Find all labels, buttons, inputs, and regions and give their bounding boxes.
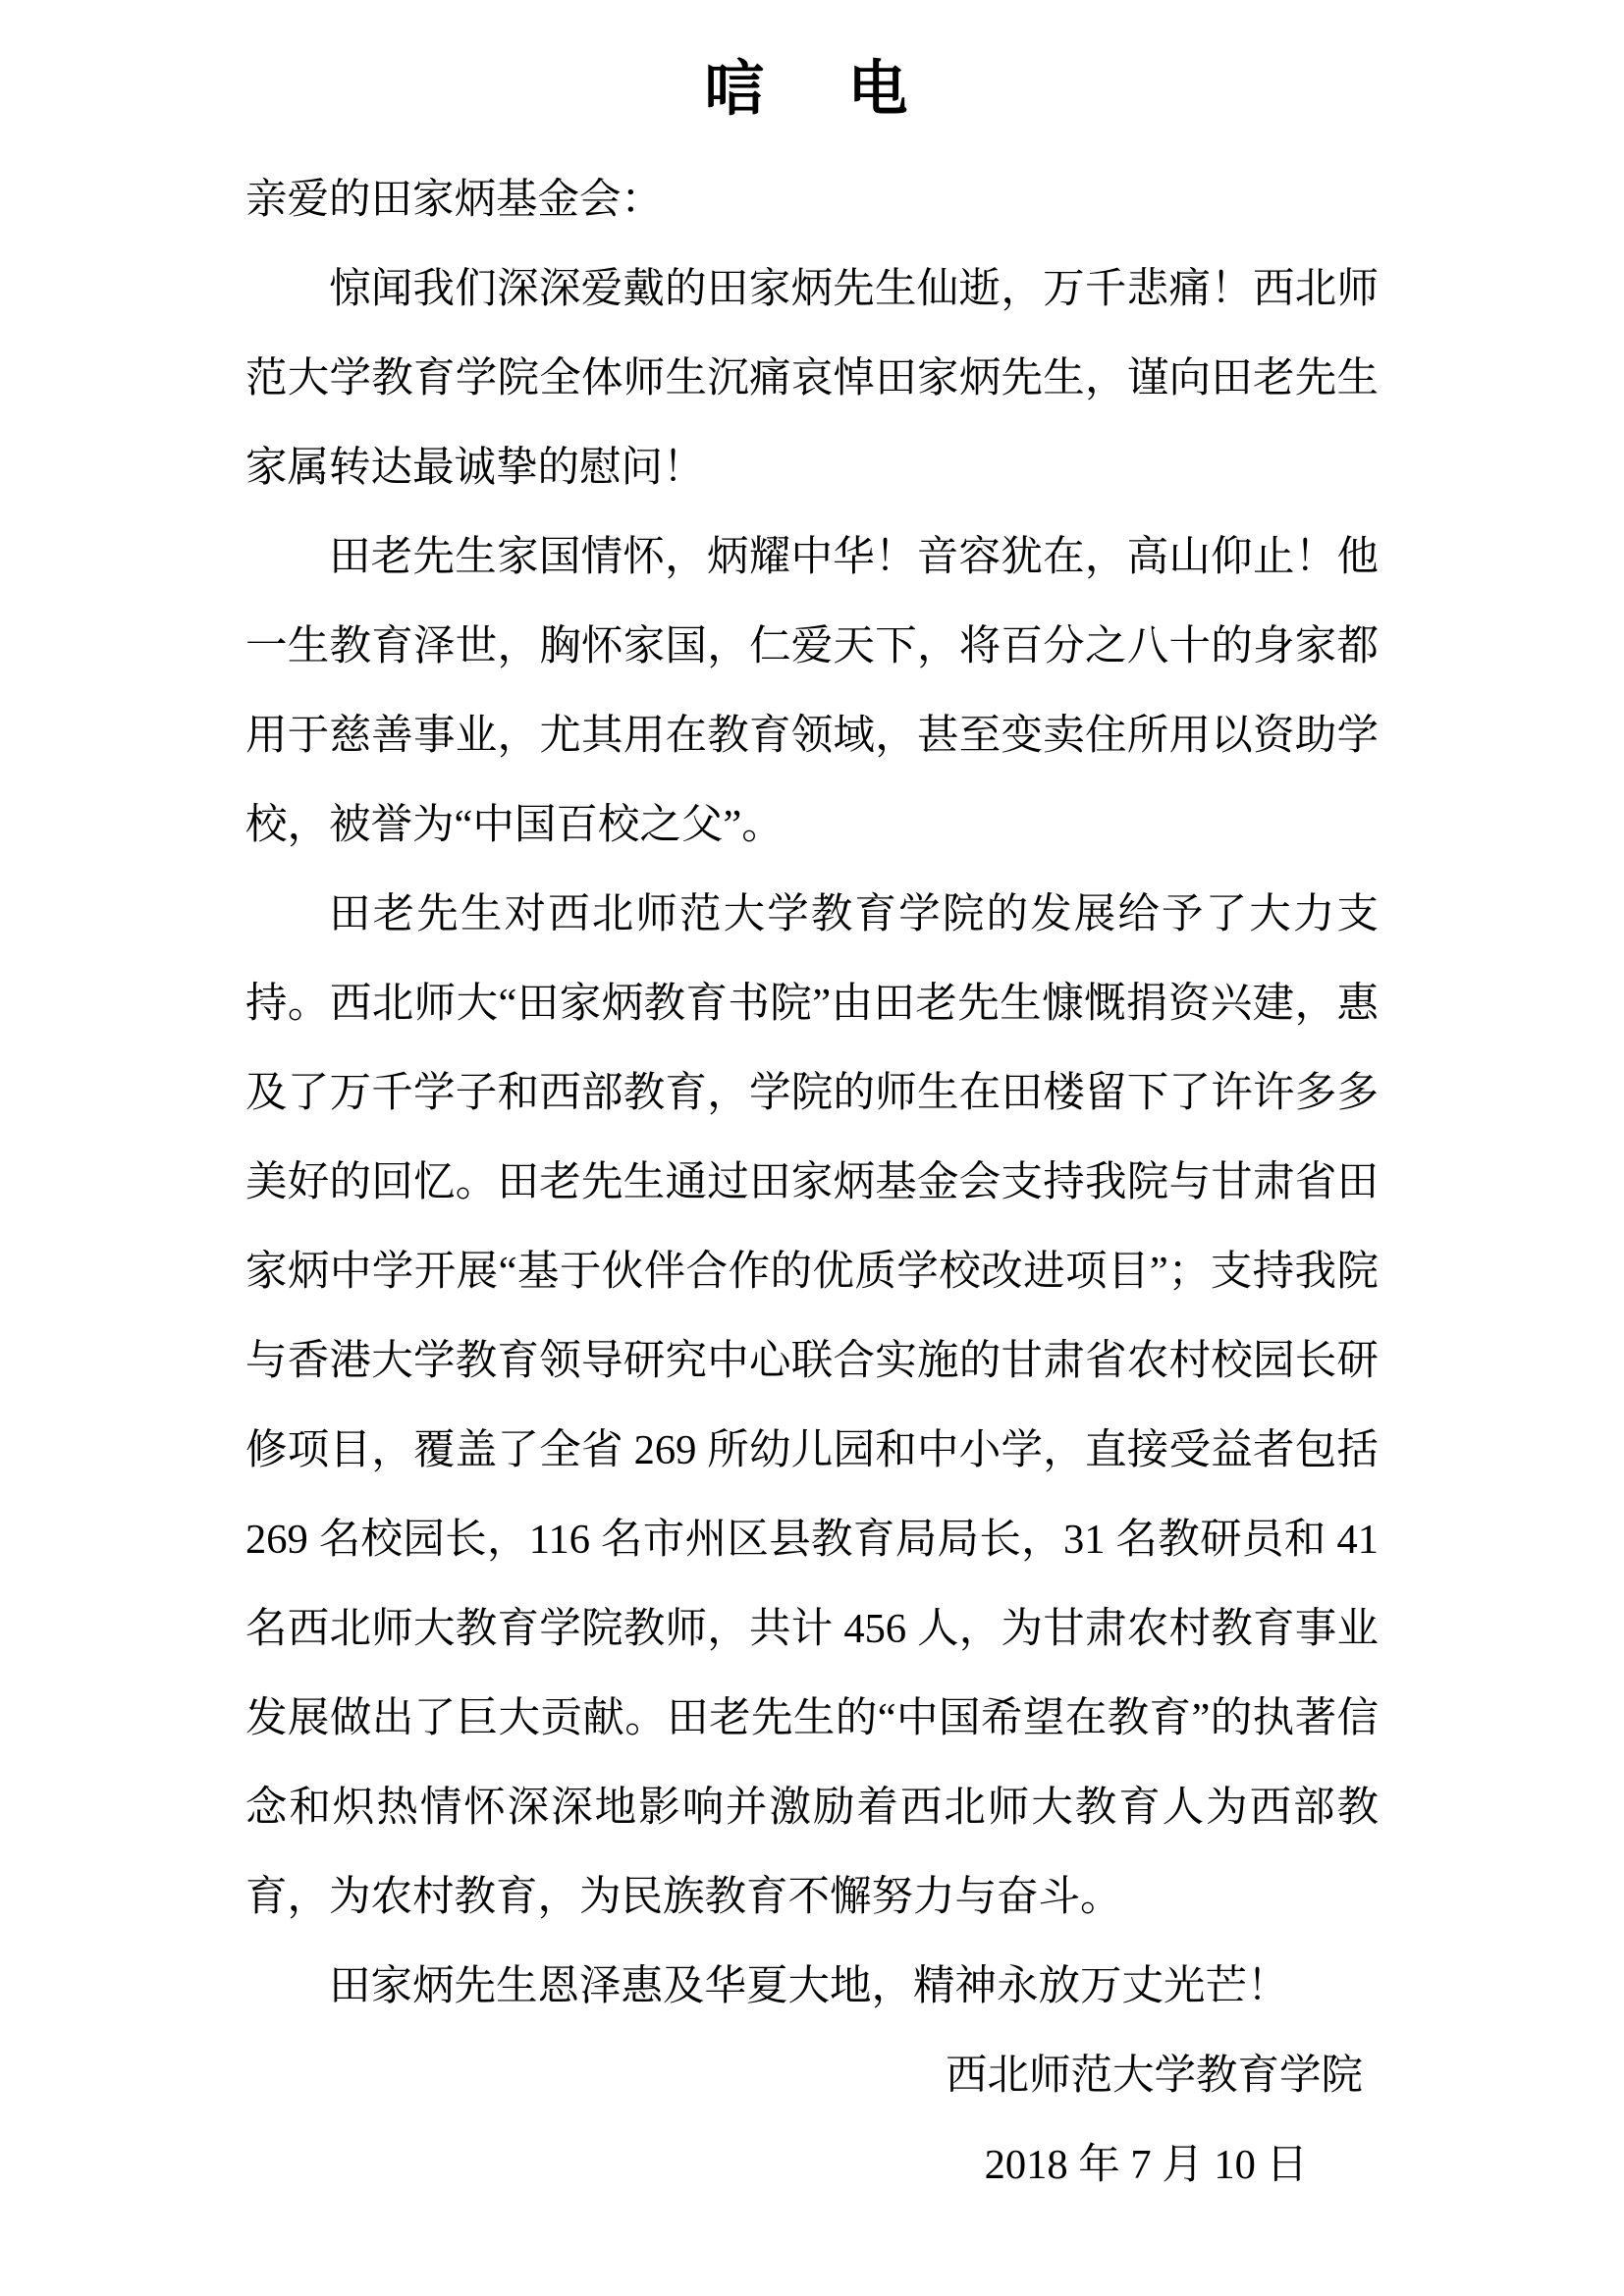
salutation: 亲爱的田家炳基金会：: [245, 155, 1379, 244]
document-page: 唁 电 亲爱的田家炳基金会： 惊闻我们深深爱戴的田家炳先生仙逝，万千悲痛！西北师…: [0, 0, 1624, 2296]
paragraph-condolence: 惊闻我们深深爱戴的田家炳先生仙逝，万千悲痛！西北师范大学教育学院全体师生沉痛哀悼…: [245, 244, 1379, 512]
paragraph-contributions: 田老先生对西北师范大学教育学院的发展给予了大力支持。西北师大“田家炳教育书院”由…: [245, 870, 1379, 1942]
paragraph-tribute: 田老先生家国情怀，炳耀中华！音容犹在，高山仰止！他一生教育泽世，胸怀家国，仁爱天…: [245, 512, 1379, 870]
date: 2018 年 7 月 10 日: [245, 2120, 1379, 2210]
paragraph-closing: 田家炳先生恩泽惠及华夏大地，精神永放万丈光芒！: [245, 1942, 1379, 2031]
document-title: 唁 电: [245, 41, 1379, 139]
signature: 西北师范大学教育学院: [245, 2031, 1379, 2120]
